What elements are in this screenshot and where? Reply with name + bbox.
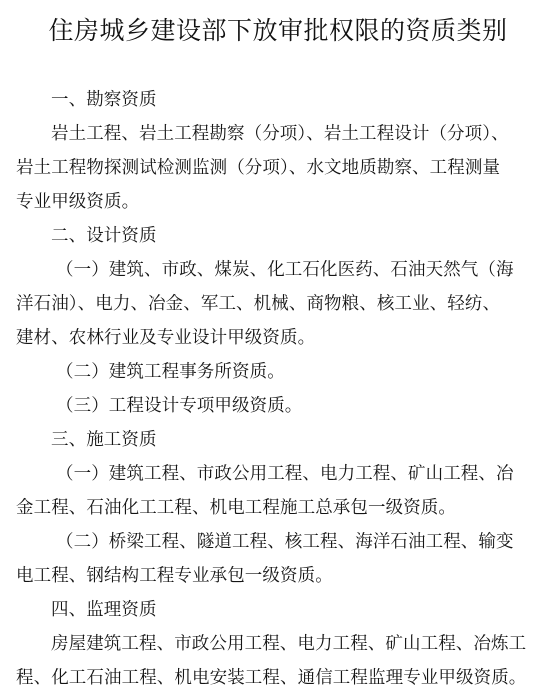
paragraph-line: （一）建筑、市政、煤炭、化工石化医药、石油天然气（海 [56, 258, 514, 282]
section-heading-supervision: 四、监理资质 [51, 598, 157, 622]
paragraph-line: 专业甲级资质。 [16, 190, 139, 214]
document-title: 住房城乡建设部下放审批权限的资质类别 [0, 14, 556, 48]
paragraph-line: （二）桥梁工程、隧道工程、核工程、海洋石油工程、输变 [56, 530, 514, 554]
paragraph-line: 金工程、石油化工工程、机电工程施工总承包一级资质。 [16, 496, 456, 520]
section-heading-construction: 三、施工资质 [51, 428, 157, 452]
paragraph-line: 岩土工程物探测试检测监测（分项）、水文地质勘察、工程测量 [16, 156, 500, 180]
section-heading-survey: 一、勘察资质 [51, 88, 157, 112]
paragraph-line: 程、化工石油工程、机电安装工程、通信工程监理专业甲级资质。 [16, 666, 526, 690]
paragraph-line: （一）建筑工程、市政公用工程、电力工程、矿山工程、冶 [56, 462, 514, 486]
paragraph-line: 建材、农林行业及专业设计甲级资质。 [16, 326, 315, 350]
paragraph-line: 洋石油）、电力、冶金、军工、机械、商物粮、核工业、轻纺、 [16, 292, 500, 316]
paragraph-line: 岩土工程、岩土工程勘察（分项）、岩土工程设计（分项）、 [51, 122, 509, 146]
section-heading-design: 二、设计资质 [51, 224, 157, 248]
paragraph-line: （三）工程设计专项甲级资质。 [56, 394, 302, 418]
paragraph-line: （二）建筑工程事务所资质。 [56, 360, 285, 384]
document-page: 住房城乡建设部下放审批权限的资质类别 一、勘察资质 岩土工程、岩土工程勘察（分项… [0, 0, 556, 698]
paragraph-line: 电工程、钢结构工程专业承包一级资质。 [16, 564, 333, 588]
paragraph-line: 房屋建筑工程、市政公用工程、电力工程、矿山工程、冶炼工 [51, 632, 526, 656]
